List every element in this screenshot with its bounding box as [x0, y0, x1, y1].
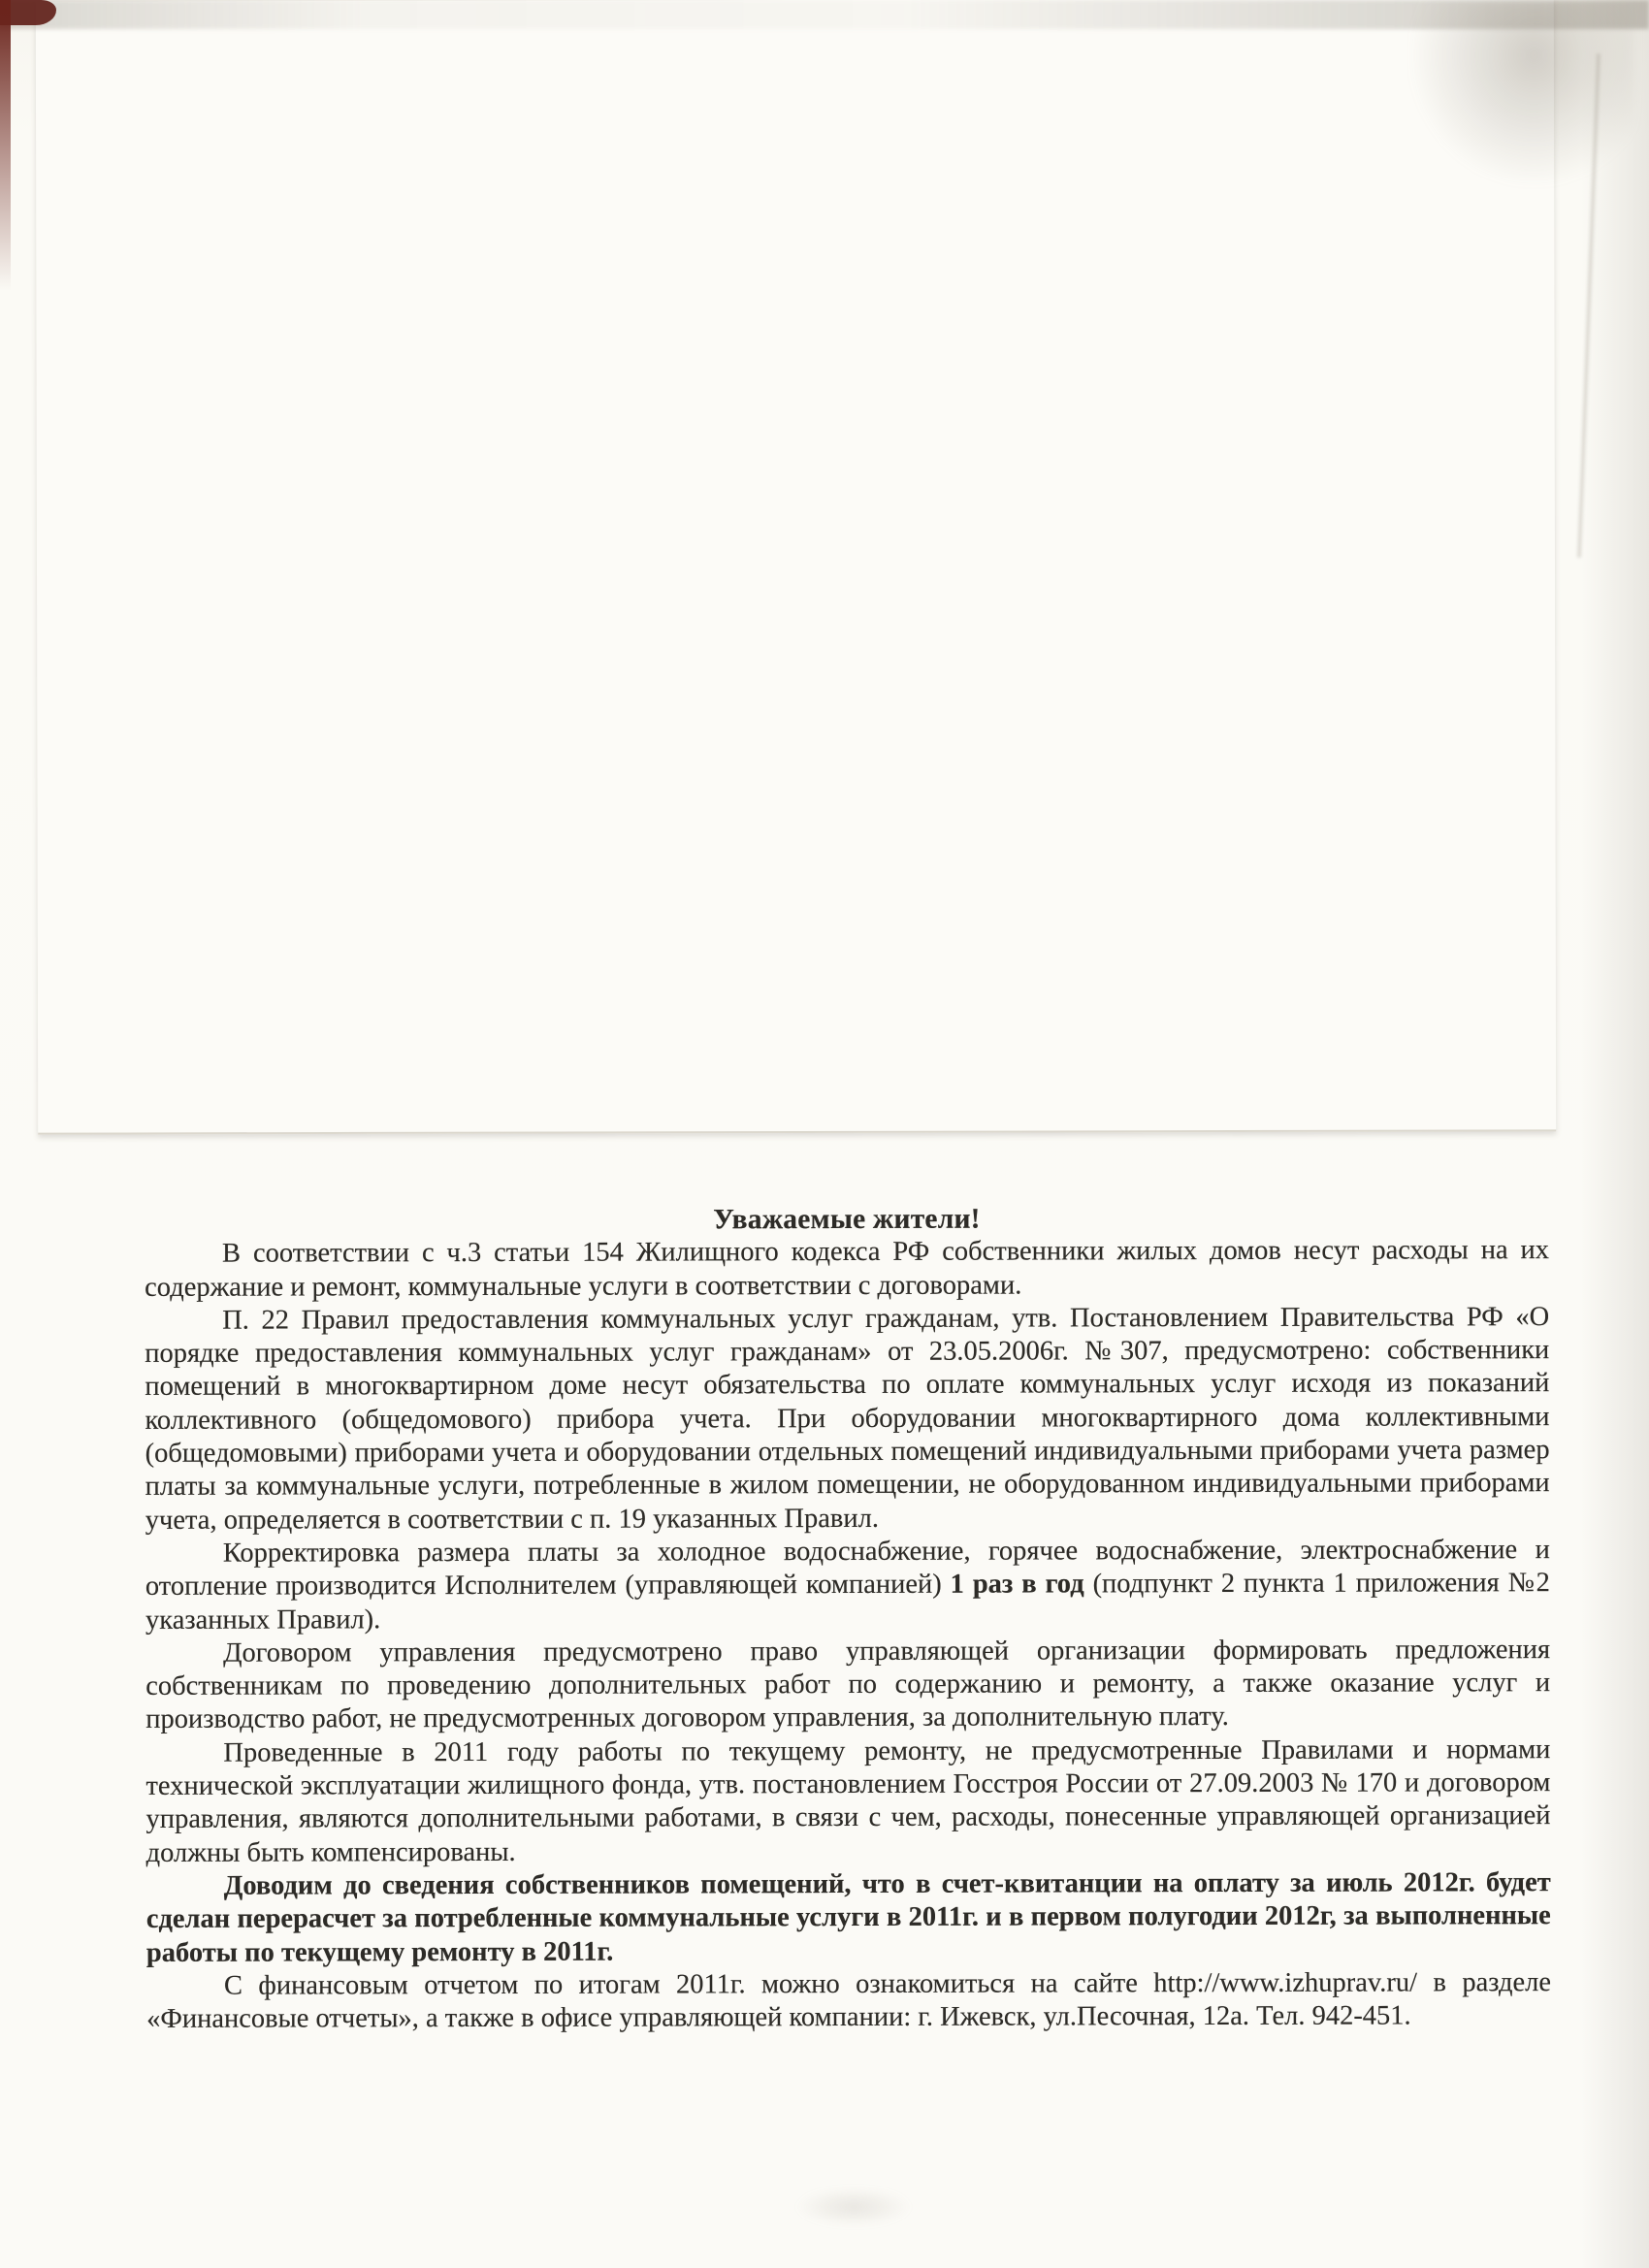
paragraph-text: Договором управления предусмотрено право…: [145, 1635, 1550, 1734]
right-edge-shading: [1581, 0, 1649, 2268]
website-url: http://www.izhuprav.ru/: [1153, 1967, 1417, 1998]
paragraph-text: В соответствии с ч.3 статьи 154 Жилищног…: [145, 1235, 1549, 1302]
paragraph-text: Доводим до сведения собственников помеще…: [146, 1867, 1551, 1967]
highlighted-once-a-year: 1 раз в год: [951, 1570, 1084, 1600]
paragraph-management-contract: Договором управления предусмотрено право…: [145, 1634, 1550, 1737]
red-edge-strip: [0, 0, 11, 291]
paragraph-notice-recalculation: Доводим до сведения собственников помеще…: [146, 1866, 1551, 1970]
paragraph-correction: Корректировка размера платы за холодное …: [145, 1534, 1550, 1637]
blank-overlapping-sheet: [36, 0, 1556, 1135]
paragraph-text: С финансовым отчетом по итогам 2011г. мо…: [224, 1968, 1153, 2001]
paragraph-financial-report: С финансовым отчетом по итогам 2011г. мо…: [146, 1966, 1551, 2036]
scanner-edge-shadow: [0, 0, 1649, 29]
paragraph-rules-307: П. 22 Правил предоставления коммунальных…: [145, 1301, 1550, 1538]
letter-body: Уважаемые жители! В соответствии с ч.3 с…: [145, 1201, 1551, 2036]
letter-title: Уважаемые жители!: [145, 1201, 1549, 1238]
paragraph-text: Проведенные в 2011 году работы по текуще…: [145, 1734, 1550, 1868]
paragraph-text: П. 22 Правил предоставления коммунальных…: [145, 1302, 1549, 1536]
scan-smudge-bottom: [795, 2187, 912, 2226]
scanned-page: Уважаемые жители! В соответствии с ч.3 с…: [0, 0, 1649, 2268]
paragraph-2011-works: Проведенные в 2011 году работы по текуще…: [145, 1733, 1550, 1870]
paragraph-housing-code: В соответствии с ч.3 статьи 154 Жилищног…: [145, 1234, 1549, 1304]
